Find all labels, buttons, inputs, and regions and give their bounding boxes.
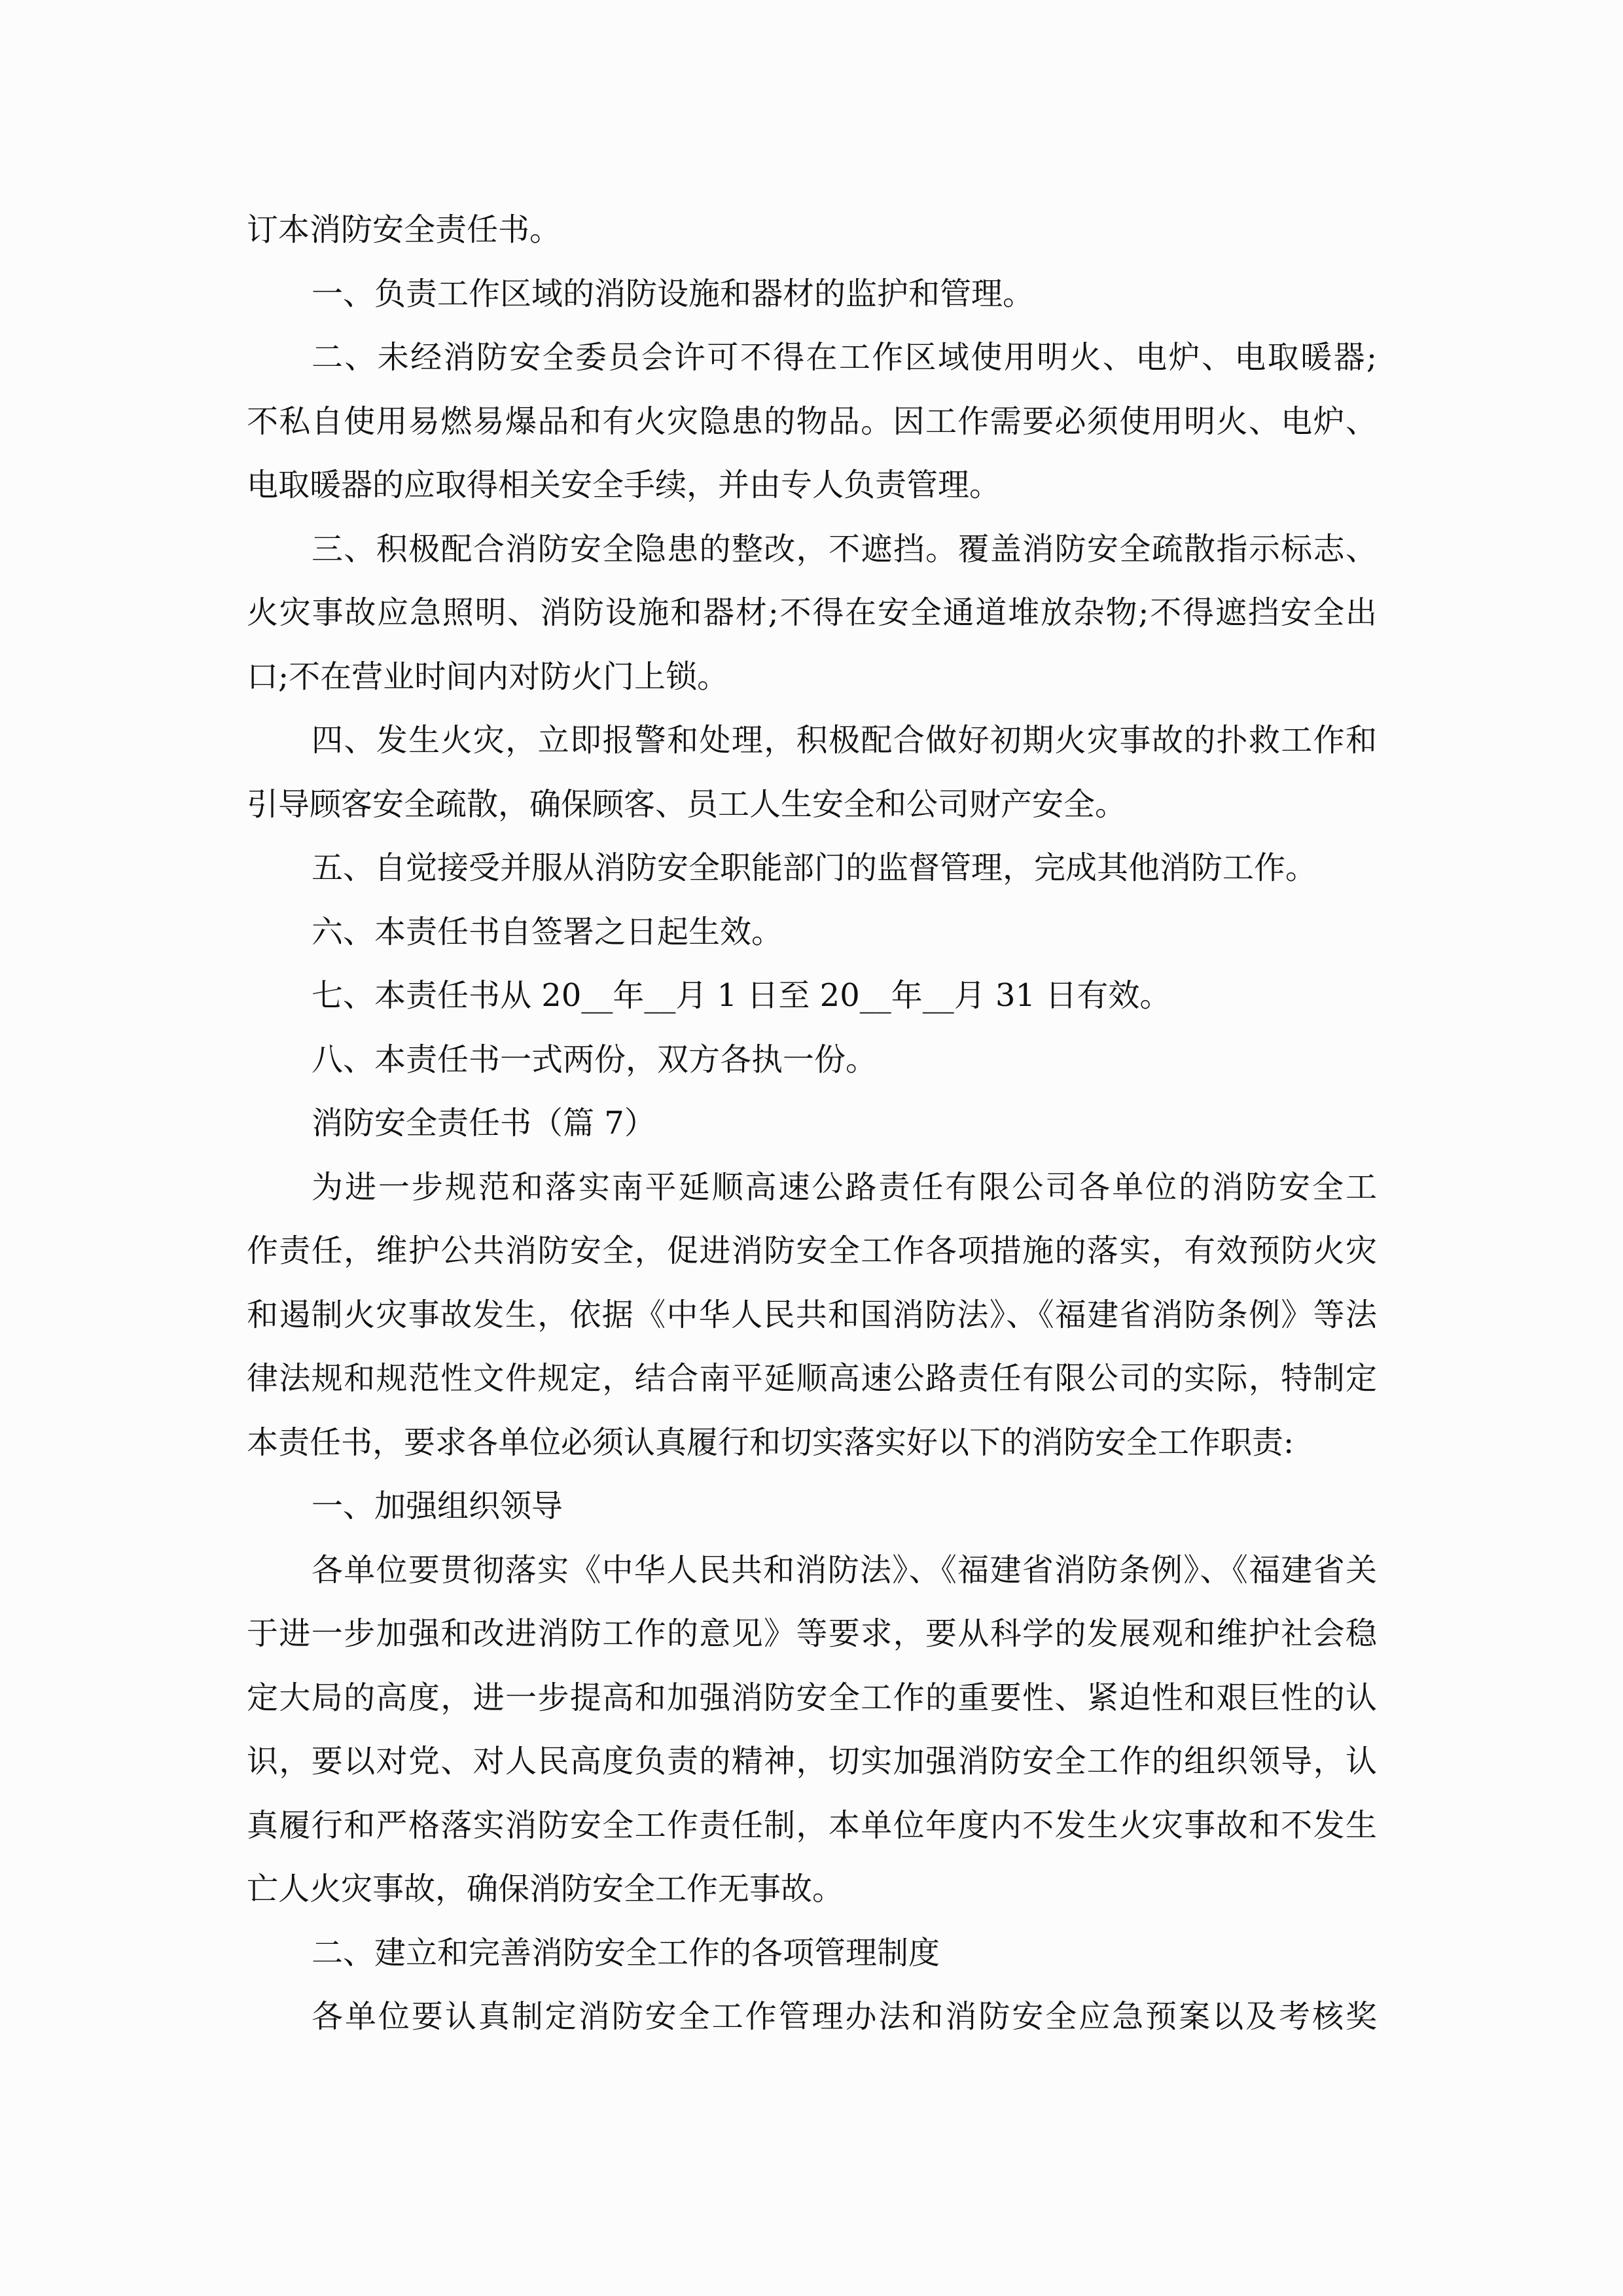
text-line: 和遏制火灾事故发生，依据《中华人民共和国消防法》、《福建省消防条例》等法: [247, 1283, 1377, 1348]
text-line: 亡人火灾事故，确保消防安全工作无事故。: [247, 1857, 1377, 1922]
text-line: 识，要以对党、对人民高度负责的精神，切实加强消防安全工作的组织领导，认: [247, 1730, 1377, 1794]
text-line: 定大局的高度，进一步提高和加强消防安全工作的重要性、紧迫性和艰巨性的认: [247, 1666, 1377, 1731]
text-line: 八、本责任书一式两份，双方各执一份。: [247, 1028, 1377, 1092]
text-line: 六、本责任书自签署之日起生效。: [247, 901, 1377, 965]
text-line: 真履行和严格落实消防安全工作责任制，本单位年度内不发生火灾事故和不发生: [247, 1794, 1377, 1858]
text-line: 订本消防安全责任书。: [247, 198, 1377, 262]
text-line: 火灾事故应急照明、消防设施和器材;不得在安全通道堆放杂物;不得遮挡安全出: [247, 581, 1377, 645]
text-line: 于进一步加强和改进消防工作的意见》等要求，要从科学的发展观和维护社会稳: [247, 1602, 1377, 1666]
text-line: 口;不在营业时间内对防火门上锁。: [247, 645, 1377, 709]
text-line: 电取暖器的应取得相关安全手续，并由专人负责管理。: [247, 454, 1377, 518]
section-title: 消防安全责任书（篇 7）: [247, 1092, 1377, 1156]
text-line: 律法规和规范性文件规定，结合南平延顺高速公路责任有限公司的实际，特制定: [247, 1347, 1377, 1411]
text-line: 各单位要贯彻落实《中华人民共和消防法》、《福建省消防条例》、《福建省关: [247, 1539, 1377, 1603]
text-line: 七、本责任书从 20__年__月 1 日至 20__年__月 31 日有效。: [247, 964, 1377, 1028]
text-line: 四、发生火灾，立即报警和处理，积极配合做好初期火灾事故的扑救工作和: [247, 709, 1377, 773]
text-line: 三、积极配合消防安全隐患的整改，不遮挡。覆盖消防安全疏散指示标志、: [247, 518, 1377, 582]
text-line: 不私自使用易燃易爆品和有火灾隐患的物品。因工作需要必须使用明火、电炉、: [247, 390, 1377, 454]
subsection-heading: 二、建立和完善消防安全工作的各项管理制度: [247, 1922, 1377, 1986]
text-line: 本责任书，要求各单位必须认真履行和切实落实好以下的消防安全工作职责:: [247, 1411, 1377, 1475]
text-line: 一、负责工作区域的消防设施和器材的监护和管理。: [247, 262, 1377, 327]
text-line: 二、未经消防安全委员会许可不得在工作区域使用明火、电炉、电取暖器;: [247, 326, 1377, 390]
text-line: 为进一步规范和落实南平延顺高速公路责任有限公司各单位的消防安全工: [247, 1156, 1377, 1220]
text-line: 引导顾客安全疏散，确保顾客、员工人生安全和公司财产安全。: [247, 773, 1377, 837]
subsection-heading: 一、加强组织领导: [247, 1475, 1377, 1539]
text-line: 各单位要认真制定消防安全工作管理办法和消防安全应急预案以及考核奖: [247, 1985, 1377, 2049]
document-page: 订本消防安全责任书。 一、负责工作区域的消防设施和器材的监护和管理。 二、未经消…: [247, 198, 1377, 2049]
text-line: 五、自觉接受并服从消防安全职能部门的监督管理，完成其他消防工作。: [247, 836, 1377, 901]
text-line: 作责任，维护公共消防安全，促进消防安全工作各项措施的落实，有效预防火灾: [247, 1219, 1377, 1283]
